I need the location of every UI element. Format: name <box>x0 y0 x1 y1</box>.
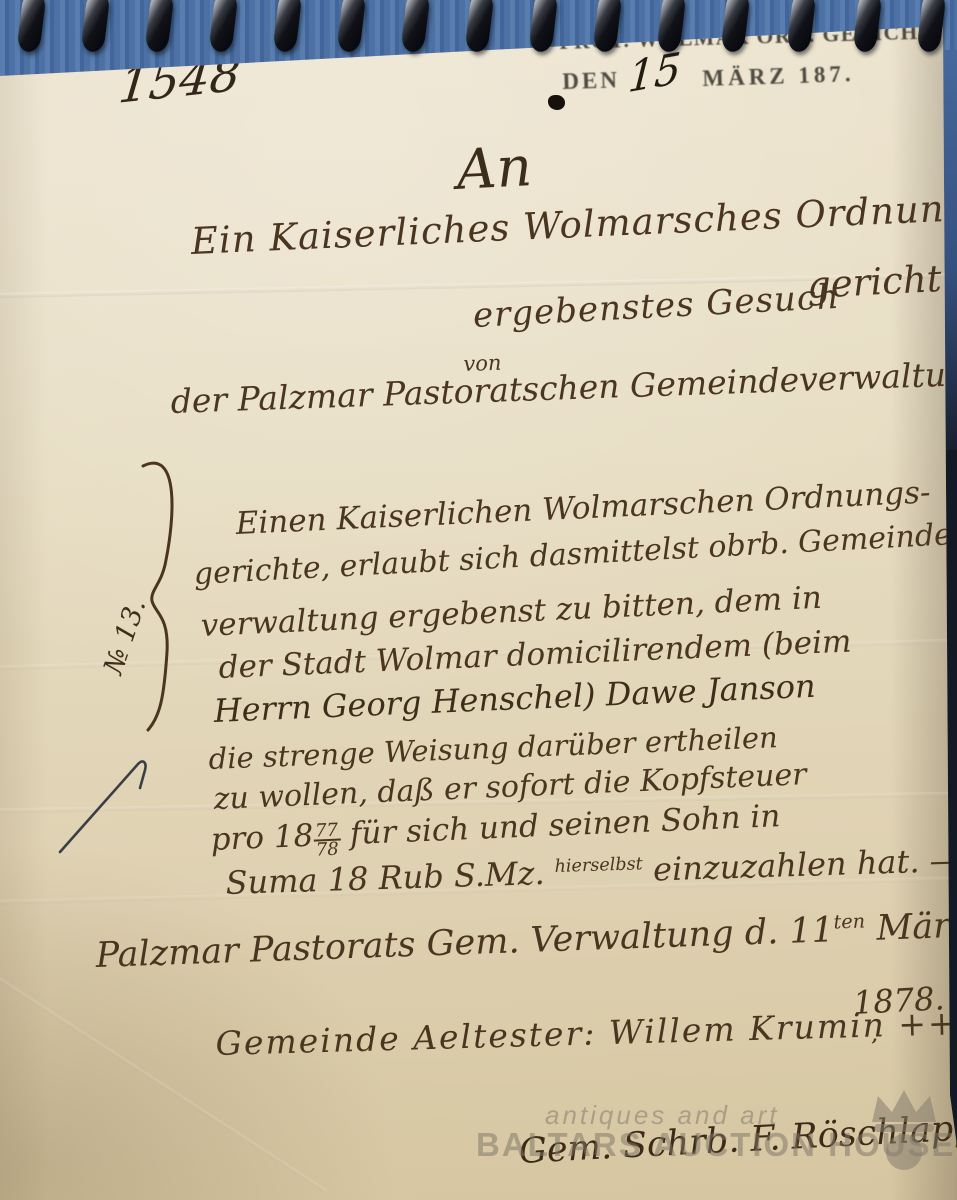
margin-annotation: № 13. <box>98 595 152 678</box>
addressee-line-1: Ein Kaiserliches Wolmarsches Ordnungs- <box>190 185 957 263</box>
paper-fold-crease <box>0 961 327 1193</box>
date-stamp-month-year: MÄRZ 187. <box>702 61 855 92</box>
stamp-day-handwritten: 15 <box>626 43 682 103</box>
sender-line: der Palzmar Pastoratschen Gemeindeverwal… <box>170 353 957 421</box>
salutation: An <box>455 134 533 202</box>
crown-icon <box>856 1086 952 1172</box>
hierselbst-insertion: hierselbst <box>554 854 643 877</box>
photograph-of-archival-letter: { "colors": { "notebook_blue": "#4d71a4"… <box>0 0 957 1200</box>
petition-title: ergebenstes Gesuch <box>472 277 841 336</box>
ink-blot <box>548 95 565 110</box>
document-paper: 1548 PROT. WOLMAR ORD. GERICHT DEN 15 MÄ… <box>0 0 957 1200</box>
elder-signature-line: Gemeinde Aeltester: Willem Krumiņ +++ <box>215 1002 957 1063</box>
dateline: Palzmar Pastorats Gem. Verwaltung d. 11t… <box>95 906 957 976</box>
date-stamp-den: DEN <box>562 67 620 95</box>
year-fraction: 7778 <box>313 821 341 858</box>
